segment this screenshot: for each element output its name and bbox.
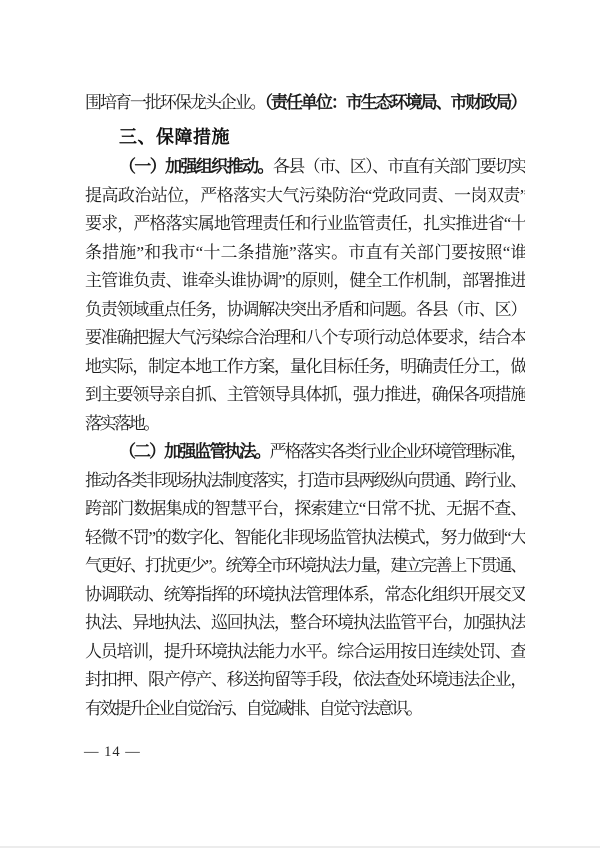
text-segment: 各县（市、区）、市直有关部门要切实 xyxy=(273,157,525,176)
text-segment: 有效提升企业自觉治污、自觉减排、自觉守法意识。 xyxy=(85,699,421,718)
text-segment: 落实落地。 xyxy=(85,414,158,433)
text-segment: 提高政治站位，严格落实大气污染防治“党政同责、一岗双责” xyxy=(85,186,525,205)
text-line: 负责领域重点任务，协调解决突出矛盾和问题。各县（市、区） xyxy=(85,296,525,325)
page-number: — 14 — xyxy=(84,744,141,761)
document-body: 围培育一批环保龙头企业。（责任单位：市生态环境局、市财政局）三、保障措施（一）加… xyxy=(85,89,525,723)
text-line: 提高政治站位，严格落实大气污染防治“党政同责、一岗双责” xyxy=(85,182,525,211)
text-line: 主管谁负责、谁牵头谁协调”的原则，健全工作机制，部署推进 xyxy=(85,267,525,296)
text-segment: 到主要领导亲自抓、主管领导具体抓，强力推进，确保各项措施 xyxy=(85,385,525,404)
text-segment: 轻微不罚”的数字化、智能化非现场监管执法模式，努力做到“大 xyxy=(85,528,525,547)
text-line: 要准确把握大气污染综合治理和八个专项行动总体要求，结合本 xyxy=(85,324,525,353)
text-segment: 协调联动、统筹指挥的环境执法管理体系，常态化组织开展交叉 xyxy=(85,585,525,604)
text-segment: 要求，严格落实属地管理责任和行业监管责任，扎实推进省“十 xyxy=(85,214,525,233)
text-line: 围培育一批环保龙头企业。（责任单位：市生态环境局、市财政局） xyxy=(85,89,525,118)
text-segment: 负责领域重点任务，协调解决突出矛盾和问题。各县（市、区） xyxy=(85,300,525,319)
text-line: （一）加强组织推动。各县（市、区）、市直有关部门要切实 xyxy=(85,153,525,182)
text-line: 气更好、打扰更少”。统筹全市环境执法力量，建立完善上下贯通、 xyxy=(85,552,525,581)
text-line: 地实际，制定本地工作方案，量化目标任务，明确责任分工，做 xyxy=(85,353,525,382)
text-line: 跨部门数据集成的智慧平台，探索建立“日常不扰、无据不查、 xyxy=(85,495,525,524)
text-line: 到主要领导亲自抓、主管领导具体抓，强力推进，确保各项措施 xyxy=(85,381,525,410)
text-segment: 人员培训，提升环境执法能力水平。综合运用按日连续处罚、查 xyxy=(85,642,525,661)
text-line: 执法、异地执法、巡回执法，整合环境执法监管平台，加强执法 xyxy=(85,609,525,638)
text-line: （二）加强监管执法。严格落实各类行业企业环境管理标准， xyxy=(85,438,525,467)
text-segment: 气更好、打扰更少”。统筹全市环境执法力量，建立完善上下贯通、 xyxy=(85,556,525,575)
text-line: 人员培训，提升环境执法能力水平。综合运用按日连续处罚、查 xyxy=(85,638,525,667)
text-segment: 条措施”和我市“十二条措施”落实。市直有关部门要按照“谁 xyxy=(85,243,525,262)
text-segment: （责任单位：市生态环境局、市财政局） xyxy=(265,93,525,112)
text-segment: 要准确把握大气污染综合治理和八个专项行动总体要求，结合本 xyxy=(85,328,525,347)
text-line: 要求，严格落实属地管理责任和行业监管责任，扎实推进省“十 xyxy=(85,210,525,239)
text-line: 推动各类非现场执法制度落实，打造市县两级纵向贯通、跨行业、 xyxy=(85,467,525,496)
text-segment: 执法、异地执法、巡回执法，整合环境执法监管平台，加强执法 xyxy=(85,613,525,632)
text-segment: 三、保障措施 xyxy=(119,127,230,147)
text-segment: 围培育一批环保龙头企业。 xyxy=(85,93,265,112)
text-segment: 推动各类非现场执法制度落实，打造市县两级纵向贯通、跨行业、 xyxy=(85,471,525,490)
text-segment: 跨部门数据集成的智慧平台，探索建立“日常不扰、无据不查、 xyxy=(85,499,525,518)
document-page: 围培育一批环保龙头企业。（责任单位：市生态环境局、市财政局）三、保障措施（一）加… xyxy=(0,0,600,848)
text-line: 协调联动、统筹指挥的环境执法管理体系，常态化组织开展交叉 xyxy=(85,581,525,610)
text-line: 封扣押、限产停产、移送拘留等手段，依法查处环境违法企业， xyxy=(85,666,525,695)
text-segment: （一）加强组织推动。 xyxy=(119,157,273,176)
text-line: 条措施”和我市“十二条措施”落实。市直有关部门要按照“谁 xyxy=(85,239,525,268)
text-segment: 地实际，制定本地工作方案，量化目标任务，明确责任分工，做 xyxy=(85,357,525,376)
text-line: 落实落地。 xyxy=(85,410,525,439)
text-segment: 严格落实各类行业企业环境管理标准， xyxy=(270,442,525,461)
text-segment: 主管谁负责、谁牵头谁协调”的原则，健全工作机制，部署推进 xyxy=(85,271,525,290)
text-line: 有效提升企业自觉治污、自觉减排、自觉守法意识。 xyxy=(85,695,525,724)
text-segment: （二）加强监管执法。 xyxy=(119,442,270,461)
section-heading: 三、保障措施 xyxy=(85,123,525,152)
text-segment: 封扣押、限产停产、移送拘留等手段，依法查处环境违法企业， xyxy=(85,670,525,689)
text-line: 轻微不罚”的数字化、智能化非现场监管执法模式，努力做到“大 xyxy=(85,524,525,553)
